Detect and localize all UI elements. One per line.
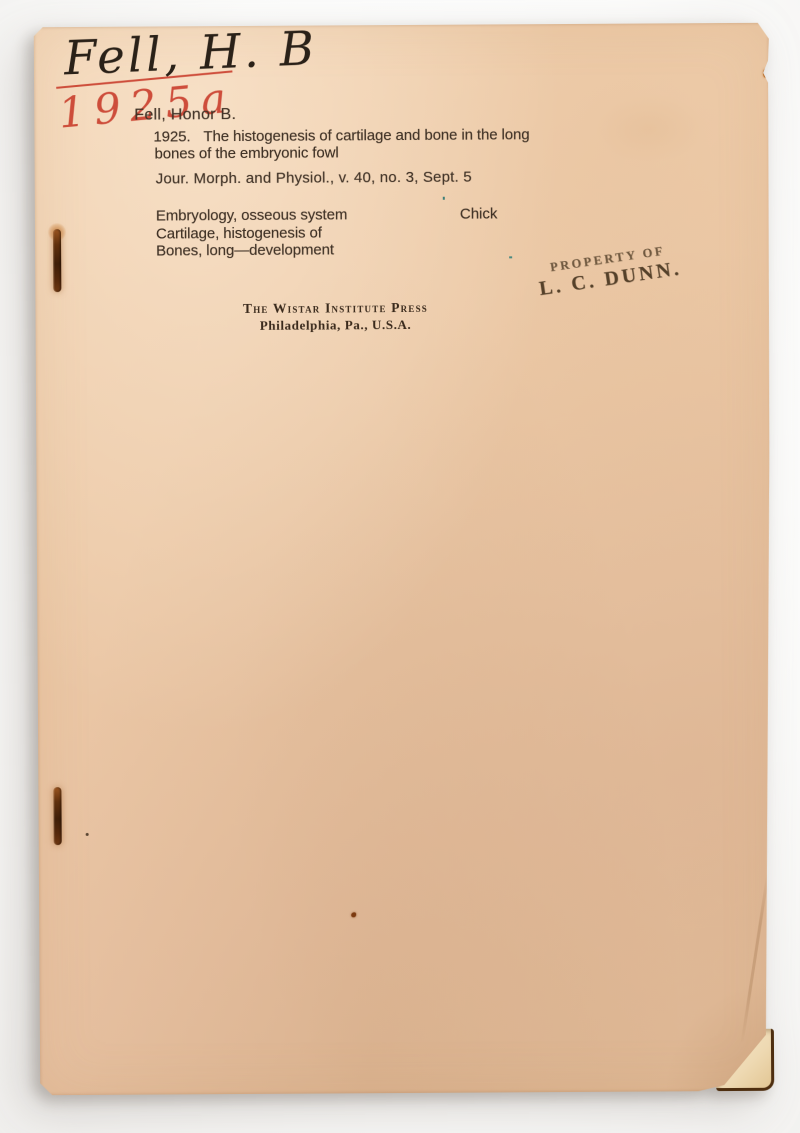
subject-heading: Cartilage, histogenesis of	[156, 224, 347, 243]
catalog-subject-headings: Embryology, osseous system Cartilage, hi…	[156, 206, 348, 260]
catalog-year: 1925.	[153, 128, 190, 145]
paper-speck	[351, 912, 356, 917]
publisher-imprint: The Wistar Institute Press Philadelphia,…	[215, 300, 455, 334]
catalog-species-label: Chick	[460, 205, 498, 222]
staple-bottom	[53, 787, 61, 845]
paper-speck	[86, 833, 89, 836]
subject-heading: Bones, long—development	[156, 241, 347, 260]
paper-speck	[509, 256, 512, 258]
staple-top	[53, 229, 61, 292]
catalog-title-text: The histogenesis of cartilage and bone i…	[203, 126, 529, 145]
paper-stain	[594, 93, 704, 164]
ownership-stamp: PROPERTY OF L. C. DUNN.	[529, 241, 689, 302]
pamphlet-cover: Fell, H. B 1925a Fell, Honor B. 1925.The…	[34, 23, 776, 1095]
publisher-name: The Wistar Institute Press	[215, 300, 455, 317]
paper-speck	[443, 197, 445, 200]
catalog-title-line2: bones of the embryonic fowl	[154, 144, 338, 162]
publisher-location: Philadelphia, Pa., U.S.A.	[216, 317, 456, 334]
subject-heading: Embryology, osseous system	[156, 206, 347, 225]
catalog-author: Fell, Honor B.	[134, 106, 236, 125]
pamphlet: Fell, H. B 1925a Fell, Honor B. 1925.The…	[34, 23, 776, 1095]
catalog-title-line1: 1925.The histogenesis of cartilage and b…	[153, 126, 529, 145]
catalog-journal-citation: Jour. Morph. and Physiol., v. 40, no. 3,…	[156, 169, 472, 188]
photo-background: Fell, H. B 1925a Fell, Honor B. 1925.The…	[0, 0, 800, 1133]
edge-rust-speck	[763, 69, 768, 78]
